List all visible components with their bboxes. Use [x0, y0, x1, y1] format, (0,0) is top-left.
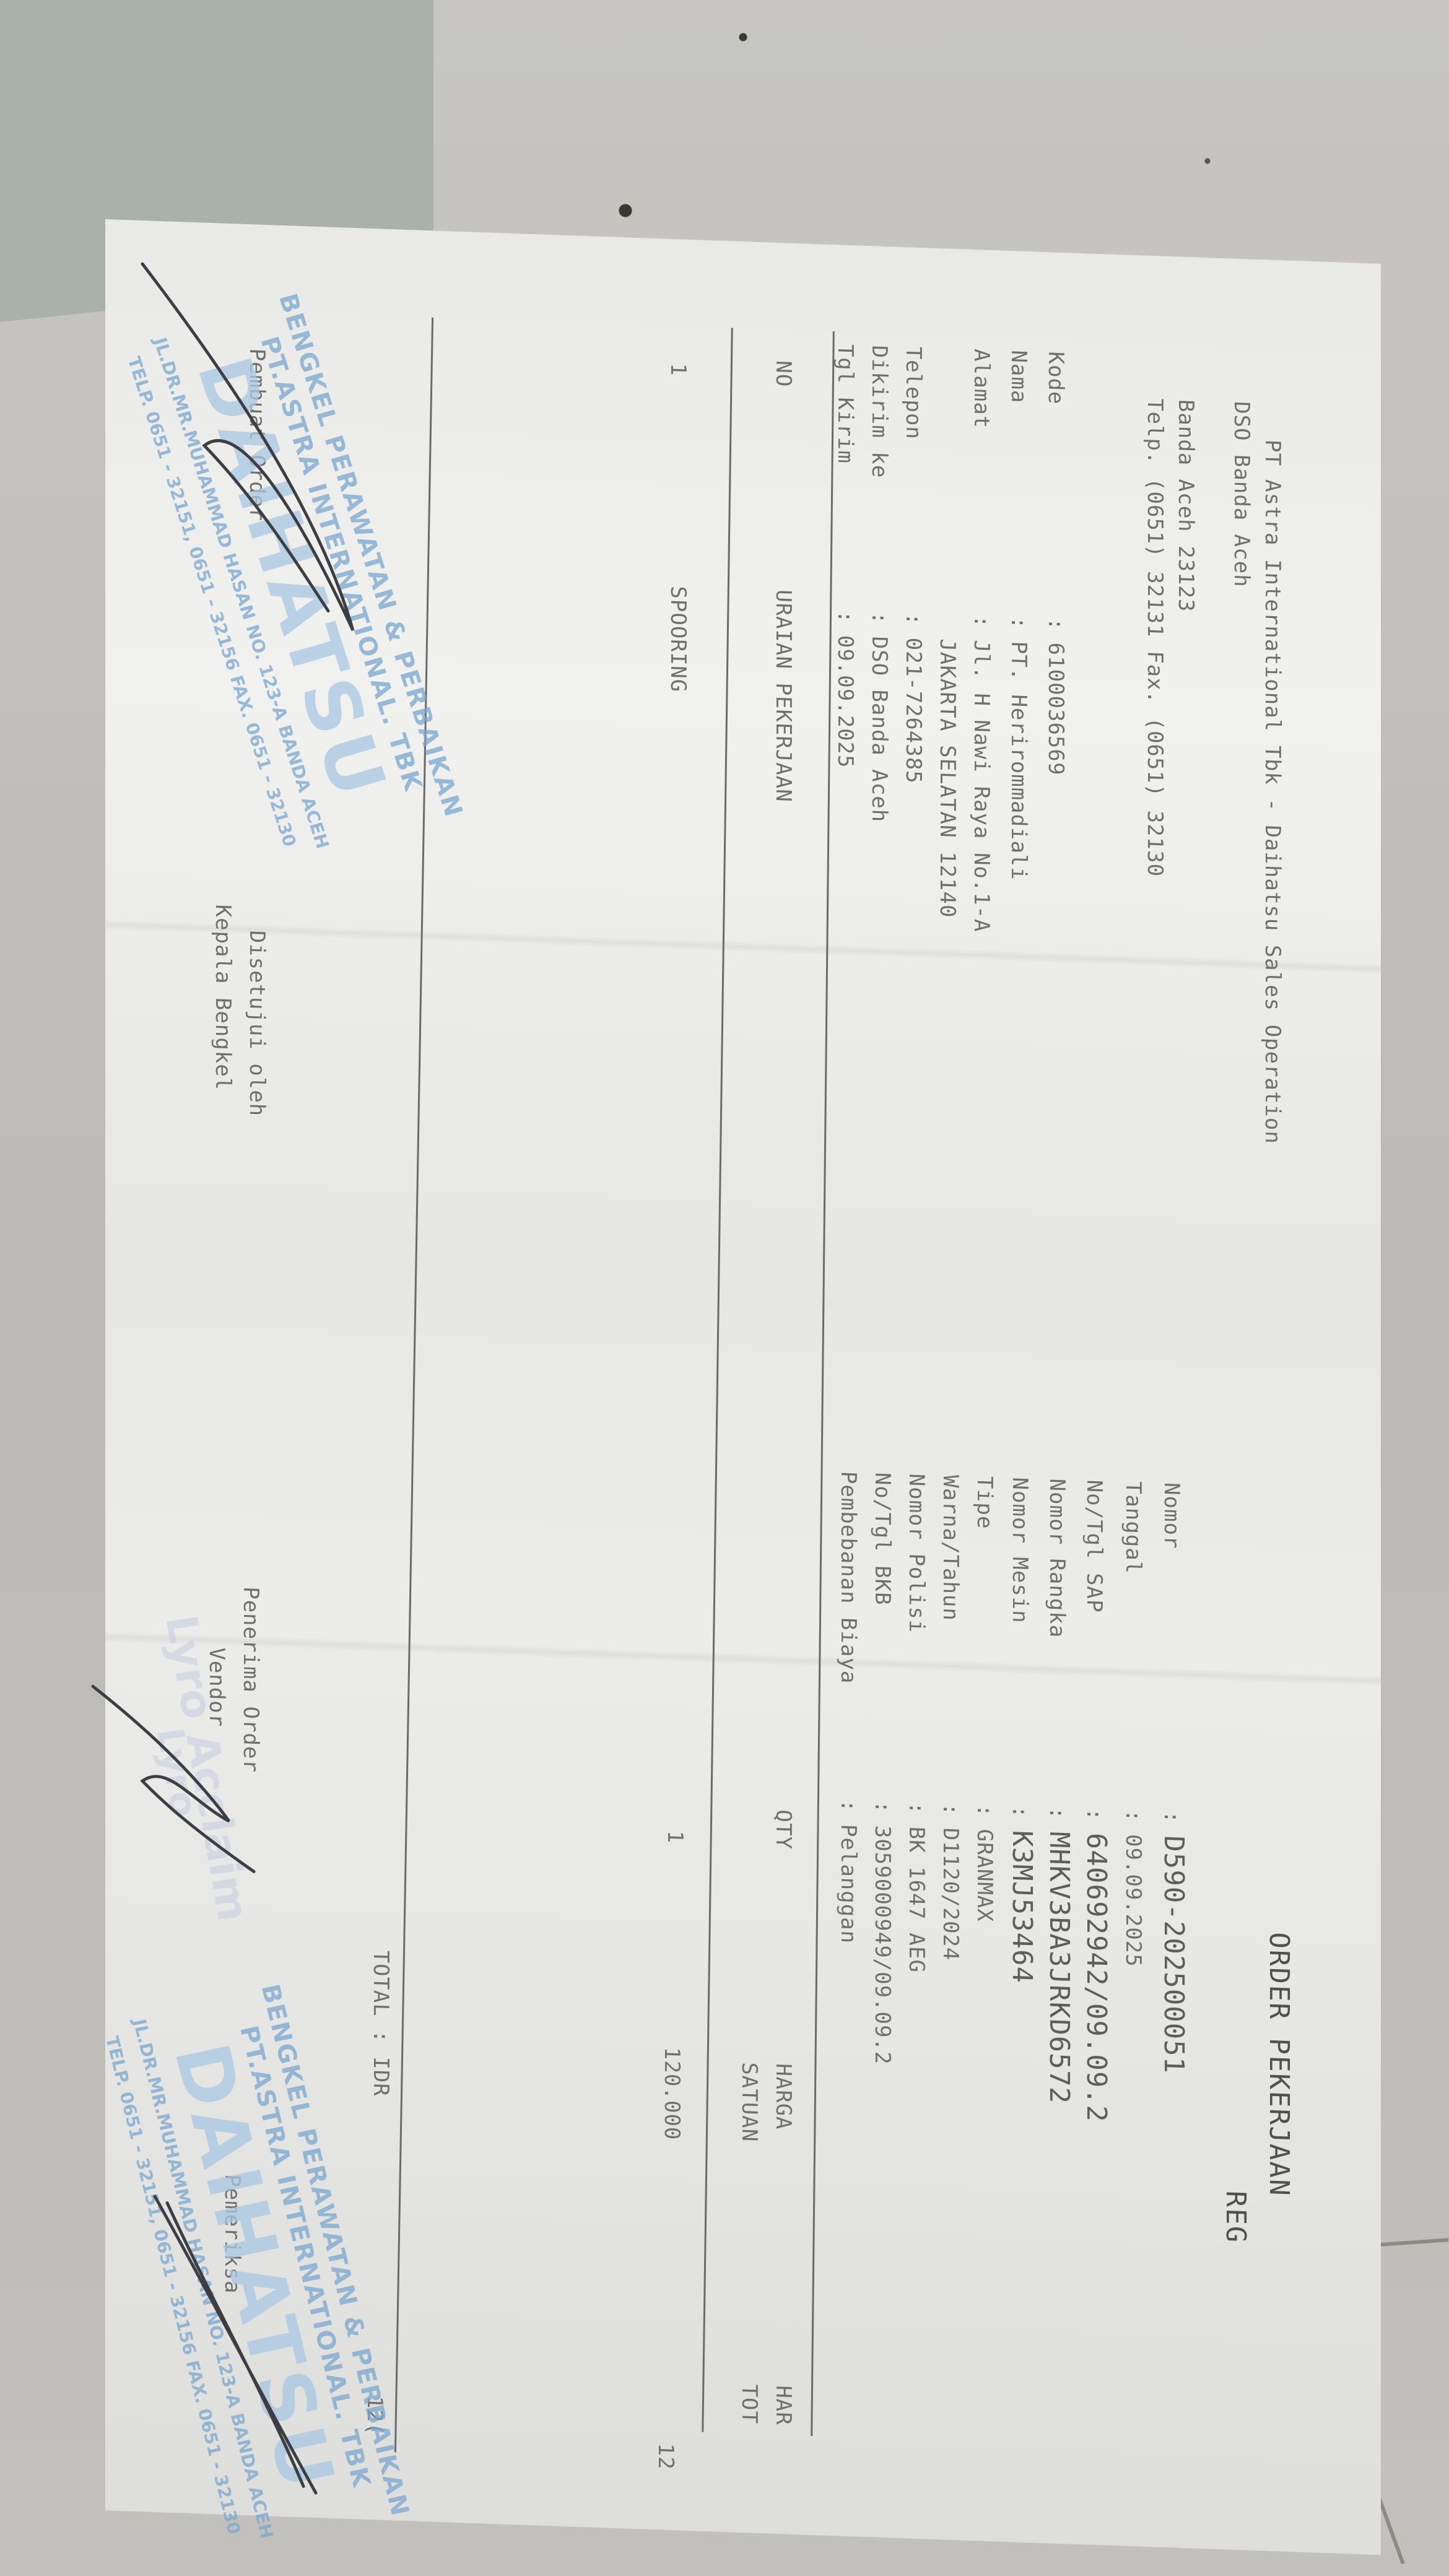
label-nomor-mesin: Nomor Mesin [1004, 1477, 1035, 1806]
header-total-1: HAR [768, 2385, 799, 2426]
label-dikirim: Dikirim ke [864, 345, 895, 612]
work-order-document: PT Astra International Tbk - Daihatsu Sa… [105, 241, 1381, 2533]
value-nama: PT. Herirommadiali [1006, 641, 1031, 881]
signature-approver-label: Disetujui oleh [241, 930, 272, 1117]
company-city: Banda Aceh 23123 [1170, 399, 1201, 612]
table-top-rule [811, 331, 835, 2436]
value-tanggal: 09.09.2025 [1121, 1834, 1146, 1967]
table-header-rule [702, 328, 733, 2432]
label-nomor-rangka: Nomor Rangka [1042, 1478, 1073, 1808]
row-no: 1 [663, 362, 694, 376]
value-tipe: GRANMAX [972, 1829, 997, 1923]
document-subtitle: REG [1220, 2190, 1251, 2244]
header-total-2: TOT [734, 2383, 765, 2424]
signature-scribble [80, 1674, 266, 1884]
value-warna-tahun: D1120/2024 [938, 1827, 963, 1961]
signature-scribble [142, 2190, 328, 2505]
label-no-tgl-bkb: No/Tgl BKB [867, 1472, 898, 1801]
label-tanggal: Tanggal [1118, 1481, 1149, 1810]
company-phone: Telp. (0651) 32131 Fax. (0651) 32130 [1139, 398, 1170, 877]
label-warna-tahun: Warna/Tahun [935, 1474, 966, 1804]
value-no-tgl-sap: 640692942/09.09.2 [1081, 1832, 1112, 2123]
label-alamat: Alamat [966, 349, 997, 616]
row-unit-price: 120.000 [656, 2047, 687, 2141]
value-pembebanan-biaya: Pelanggan [836, 1824, 861, 1944]
value-nomor-polisi: BK 1647 AEG [904, 1826, 929, 1973]
label-telepon: Telepon [898, 346, 929, 614]
label-kode: Kode [1040, 351, 1071, 619]
row-qty: 1 [659, 1830, 690, 1844]
value-kode: 6100036569 [1043, 642, 1068, 776]
company-branch: DSO Banda Aceh [1226, 401, 1257, 588]
value-nomor: D590-202500051 [1158, 1835, 1190, 2074]
document-title: ORDER PEKERJAAN [1263, 1931, 1294, 2197]
label-pembebanan-biaya: Pembebanan Biaya [833, 1471, 864, 1800]
label-nomor-polisi: Nomor Polisi [901, 1473, 932, 1803]
signature-scribble [130, 257, 365, 637]
company-name: PT Astra International Tbk - Daihatsu Sa… [1257, 439, 1288, 1145]
header-unit-price-1: HARGA [768, 2063, 799, 2130]
value-tgl-kirim: 09.09.2025 [833, 635, 858, 768]
header-description: URAIAN PEKERJAAN [768, 589, 799, 803]
row-description: SPOORING [663, 585, 694, 693]
row-total: 12 [650, 2443, 681, 2471]
signature-approver-title: Kepala Bengkel [207, 904, 238, 1091]
label-no-tgl-sap: No/Tgl SAP [1079, 1479, 1110, 1809]
label-tgl-kirim: Tgl Kirim [830, 344, 861, 611]
header-unit-price-2: SATUAN [734, 2061, 765, 2143]
value-alamat-city: JAKARTA SELATAN 12140 [935, 638, 960, 918]
value-dikirim: DSO Banda Aceh [867, 636, 892, 823]
value-nomor-mesin: K3MJ53464 [1006, 1830, 1038, 1984]
total-label: TOTAL : IDR [365, 1950, 396, 2097]
label-nomor: Nomor [1156, 1482, 1187, 1811]
label-nama: Nama [1003, 350, 1034, 617]
value-nomor-rangka: MHKV3BA3JRKD6572 [1043, 1831, 1075, 2105]
value-no-tgl-bkb: 3059000949/09.09.2 [870, 1825, 895, 2065]
paper-sheet: PT Astra International Tbk - Daihatsu Sa… [105, 219, 1381, 2555]
header-no: NO [768, 360, 799, 388]
paper-fold [105, 919, 1381, 975]
header-qty: QTY [768, 1809, 799, 1850]
value-telepon: 021-7264385 [901, 637, 926, 785]
value-alamat: Jl. H Nawi Raya No.1-A [969, 640, 994, 933]
label-tipe: Tipe [969, 1476, 1000, 1805]
paper-fold [105, 1631, 1381, 1687]
